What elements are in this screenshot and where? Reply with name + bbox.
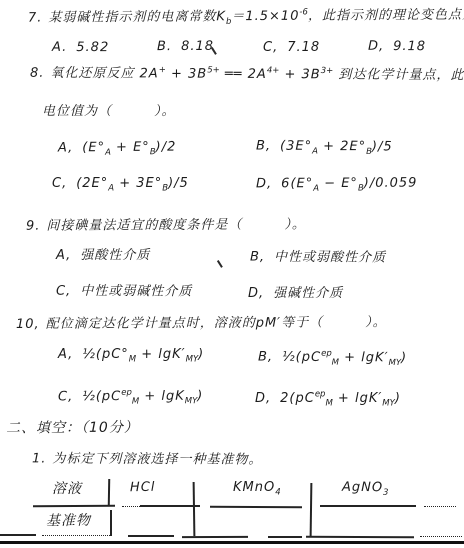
q8-option-b: B,(3E°A + 2E°B)/5 xyxy=(256,139,393,158)
q10-option-d: D,2(pCepM + lgK′MY) xyxy=(255,390,401,409)
table-row1-label-text: 溶液 xyxy=(52,481,82,497)
q9-option-c-text: 中性或弱碱性介质 xyxy=(80,284,192,300)
q7-option-c-value: 7.18 xyxy=(287,40,320,55)
table-horizontal-line xyxy=(210,506,302,508)
q9-option-b-text: 中性或弱酸性介质 xyxy=(274,250,386,266)
q8-stem-text: 氧化还原反应 2A+ + 3B5+ ══ 2A4+ + 3B3+ 到达化学计量点… xyxy=(50,66,464,83)
q7-option-a-value: 5.82 xyxy=(76,40,109,55)
q8-number: 8. xyxy=(30,66,44,81)
q9-option-b-label: B, xyxy=(250,250,265,265)
section2-item1: 1.为标定下列溶液选择一种基准物。 xyxy=(32,451,263,468)
table-horizontal-line xyxy=(306,536,414,538)
table-horizontal-line xyxy=(320,505,416,507)
q8-option-a-formula: (E°A + E°B)/2 xyxy=(82,139,176,155)
section2-heading: 二、填空：（10分） xyxy=(6,420,139,437)
q10-option-a: A,½(pC°M + lgK′MY) xyxy=(58,347,204,365)
q9-option-c: C,中性或弱碱性介质 xyxy=(56,284,192,300)
table-horizontal-line xyxy=(182,536,248,538)
table-solution-kmno4-text: KMnO4 xyxy=(233,480,281,495)
table-horizontal-line xyxy=(128,535,174,537)
q8-option-c: C,(2E°A + 3E°B)/5 xyxy=(52,176,189,194)
q9-option-a: A,强酸性介质 xyxy=(56,248,150,264)
q8-stem-line2-text: 电位值为（ ）。 xyxy=(42,104,176,119)
q10-option-d-label: D, xyxy=(255,391,271,406)
q7-option-d: D,9.18 xyxy=(368,39,426,55)
q8-option-c-label: C, xyxy=(52,176,67,191)
table-horizontal-line xyxy=(122,506,140,507)
section2-item1-number: 1. xyxy=(32,451,46,466)
table-solution-agno3-text: AgNO3 xyxy=(342,480,389,495)
table-solution-hcl-text: HCl xyxy=(130,480,156,495)
table-horizontal-line xyxy=(268,536,302,538)
q9-option-a-label: A, xyxy=(56,248,71,263)
q9-stem-text: 间接碘量法适宜的酸度条件是（ ）。 xyxy=(46,217,306,233)
table-row1-label: 溶液 xyxy=(52,481,82,498)
q8-option-a: A,(E°A + E°B)/2 xyxy=(58,139,177,158)
scan-edge-line xyxy=(0,541,464,544)
table-horizontal-line xyxy=(420,536,462,537)
table-horizontal-line xyxy=(424,506,456,507)
q8-option-d-formula: 6(E°A − E°B)/0.059 xyxy=(281,176,417,192)
q8-option-b-formula: (3E°A + 2E°B)/5 xyxy=(280,139,393,155)
q10-option-a-label: A, xyxy=(58,347,73,362)
q7-option-c-label: C, xyxy=(263,40,278,55)
q9-number: 9. xyxy=(26,219,40,234)
table-horizontal-line xyxy=(42,535,112,536)
q10-stem: 10,配位滴定达化学计量点时，溶液的pM′等于（ ）。 xyxy=(16,315,387,333)
q7-option-b-value: 8.18 xyxy=(181,39,214,54)
q9-stem: 9.间接碘量法适宜的酸度条件是（ ）。 xyxy=(26,217,306,234)
q8-option-c-formula: (2E°A + 3E°B)/5 xyxy=(76,176,189,191)
q10-option-d-formula: 2(pCepM + lgK′MY) xyxy=(280,391,401,406)
section2-heading-text: 二、填空：（10分） xyxy=(6,420,139,437)
table-solution-agno3: AgNO3 xyxy=(342,480,389,498)
pen-mark xyxy=(217,260,223,268)
table-vertical-line xyxy=(310,483,312,536)
q7-option-b: B.8.18 xyxy=(157,39,214,55)
q7-stem: 7.某弱碱性指示剂的电离常数Kb＝1.5×10-6，此指示剂的理论变色点为（ xyxy=(28,6,464,28)
q7-option-d-value: 9.18 xyxy=(393,39,426,54)
q9-option-d-label: D, xyxy=(248,286,264,301)
q7-option-c: C,7.18 xyxy=(263,40,320,56)
section2-item1-text: 为标定下列溶液选择一种基准物。 xyxy=(52,452,262,468)
q10-number: 10, xyxy=(16,317,40,332)
q7-option-b-label: B. xyxy=(157,39,172,54)
q9-option-d: D,强碱性介质 xyxy=(248,286,343,302)
table-solution-hcl: HCl xyxy=(130,480,156,496)
q8-option-a-label: A, xyxy=(58,140,73,155)
q10-option-b-formula: ½(pCepM + lgK′MY) xyxy=(282,350,407,366)
q10-option-a-formula: ½(pC°M + lgK′MY) xyxy=(82,347,204,362)
exam-page: 7.某弱碱性指示剂的电离常数Kb＝1.5×10-6，此指示剂的理论变色点为（ A… xyxy=(0,0,464,548)
table-vertical-line xyxy=(108,479,110,506)
q7-number: 7. xyxy=(28,11,43,26)
q10-option-c-formula: ½(pCepM + lgKMY) xyxy=(82,389,203,405)
q8-stem-line2: 电位值为（ ）。 xyxy=(42,104,176,120)
q8-option-d: D,6(E°A − E°B)/0.059 xyxy=(256,176,418,195)
q7-option-a: A.5.82 xyxy=(52,40,109,56)
q7-option-a-label: A. xyxy=(52,40,67,55)
table-row2-label: 基准物 xyxy=(46,513,91,530)
q10-option-c: C,½(pCepM + lgKMY) xyxy=(58,388,203,408)
q9-option-a-text: 强酸性介质 xyxy=(80,248,150,263)
table-vertical-line xyxy=(193,482,195,536)
q8-option-b-label: B, xyxy=(256,139,271,154)
q9-option-d-text: 强碱性介质 xyxy=(273,286,343,301)
q10-option-c-label: C, xyxy=(58,390,73,405)
table-horizontal-line xyxy=(0,534,36,536)
table-row2-label-text: 基准物 xyxy=(46,513,91,529)
q8-stem-line1: 8.氧化还原反应 2A+ + 3B5+ ══ 2A4+ + 3B3+ 到达化学计… xyxy=(30,65,464,84)
table-solution-kmno4: KMnO4 xyxy=(233,480,281,498)
q9-option-b: B,中性或弱酸性介质 xyxy=(250,250,386,267)
q8-option-d-label: D, xyxy=(256,176,272,191)
q7-stem-text: 某弱碱性指示剂的电离常数Kb＝1.5×10-6，此指示剂的理论变色点为（ xyxy=(48,8,464,26)
q10-option-b-label: B, xyxy=(258,350,273,365)
q9-option-c-label: C, xyxy=(56,284,71,299)
q10-option-b: B,½(pCepM + lgK′MY) xyxy=(258,348,407,368)
table-horizontal-line xyxy=(140,505,200,507)
table-horizontal-line xyxy=(33,505,115,507)
q10-stem-text: 配位滴定达化学计量点时，溶液的pM′等于（ ）。 xyxy=(46,315,387,332)
q7-option-d-label: D, xyxy=(368,39,384,54)
table-vertical-line xyxy=(110,510,112,536)
